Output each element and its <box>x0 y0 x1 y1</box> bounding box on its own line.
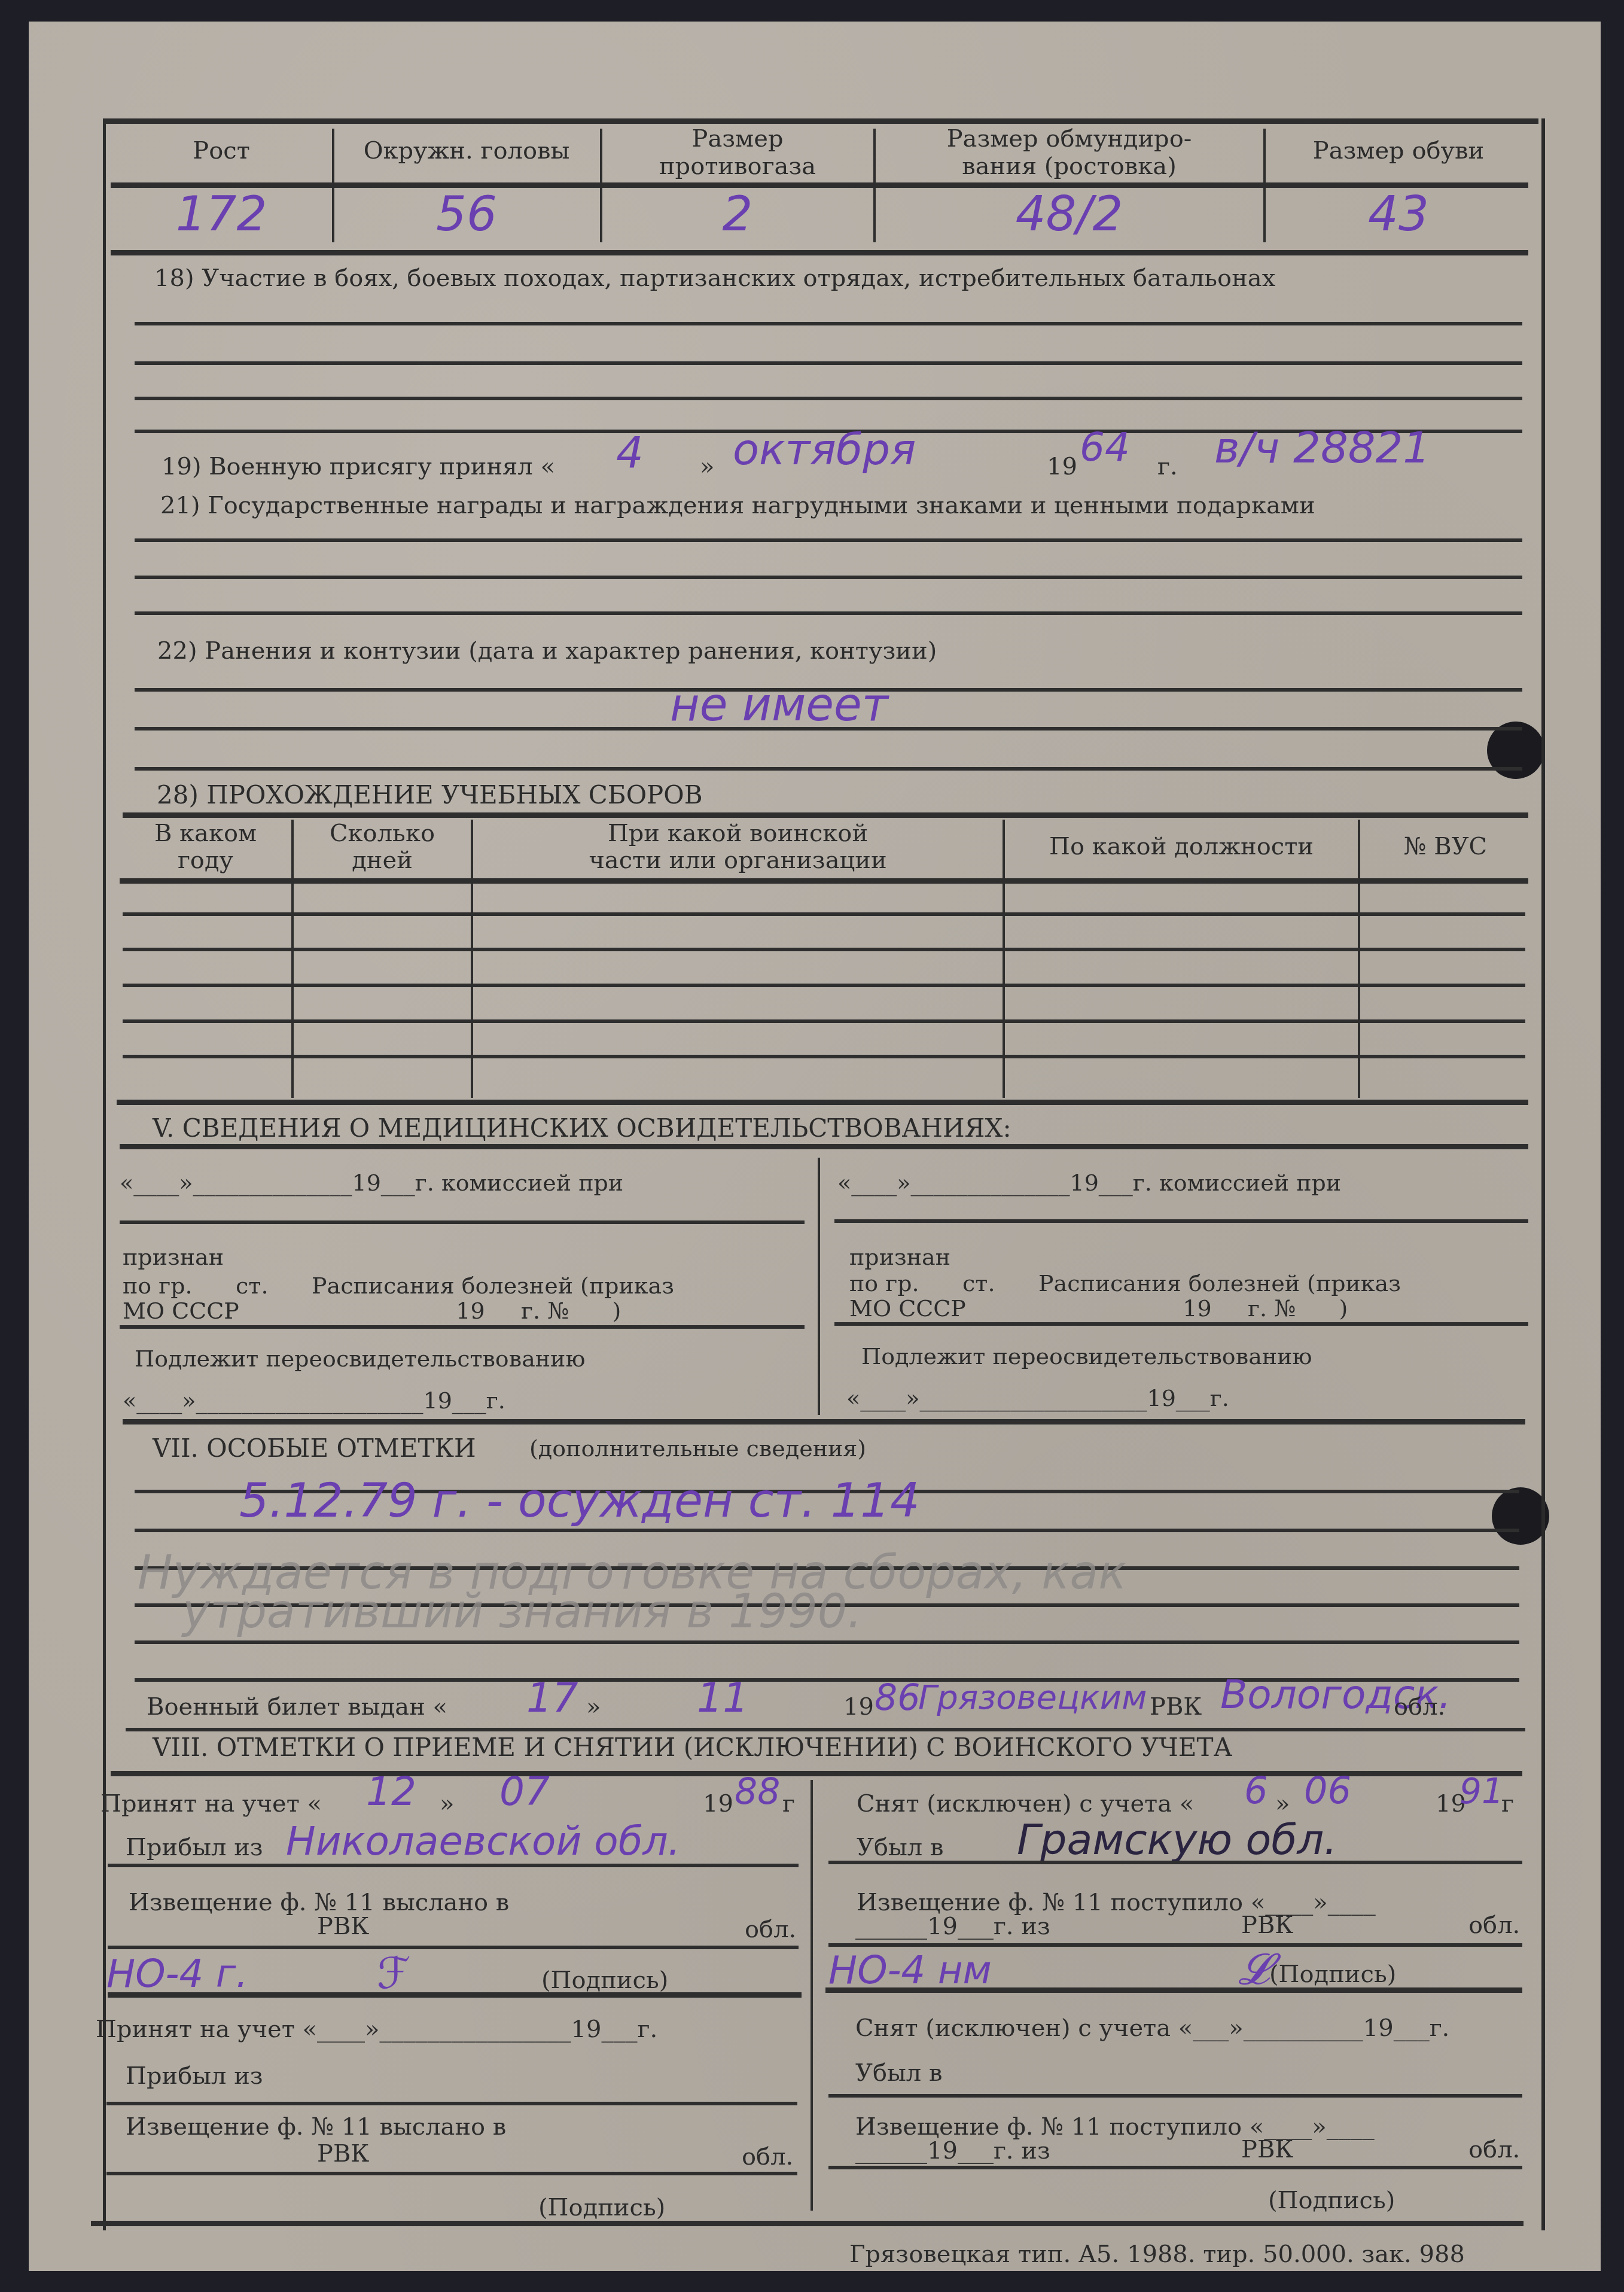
removed-year-suffix-1: 91 <box>1460 1774 1504 1809</box>
left-label-1: Убыл в <box>857 1836 943 1859</box>
accepted-year-unit-1: г <box>782 1792 795 1816</box>
signature-label-1: (Подпись) <box>541 1968 668 1992</box>
col-vus: № ВУС <box>1360 835 1531 859</box>
accepted-label-1: Принят на учет « <box>100 1792 322 1816</box>
med-left-mo: МО СССР 19 г. № ) <box>123 1299 621 1322</box>
removed-quote-close-1: » <box>1275 1792 1290 1816</box>
value-shoe-size: 43 <box>1267 190 1530 238</box>
med-right-recognized: признан <box>849 1246 950 1268</box>
notice-year-r1: ______19___г. из <box>855 1914 1050 1938</box>
military-id-month: 11 <box>697 1678 749 1719</box>
header-height: Рост <box>111 139 332 163</box>
removed-label-1: Снят (исключен) с учета « <box>857 1792 1194 1816</box>
signature-label-r2: (Подпись) <box>1268 2188 1395 2212</box>
header-gas-mask-line1: Размер <box>603 127 872 151</box>
med-right-reexam-date: «____»____________________19___г. <box>846 1387 1229 1410</box>
med-left-date: «____»______________19___г. комиссией пр… <box>120 1171 623 1194</box>
left-label-2: Убыл в <box>855 2061 942 2085</box>
oath-year-unit: г. <box>1157 455 1178 479</box>
header-uniform-line2: вания (ростовка) <box>876 154 1262 178</box>
notice-label-1: Извещение ф. № 11 выслано в <box>129 1891 509 1914</box>
oath-label: 19) Военную присягу принял « <box>162 455 555 479</box>
oath-month: октября <box>733 428 916 471</box>
value-head-size: 56 <box>335 190 598 238</box>
section-vii-sublabel: (дополнительные сведения) <box>529 1437 866 1460</box>
accepted-quote-close-1: » <box>440 1792 454 1816</box>
section-v-label: V. СВЕДЕНИЯ О МЕДИЦИНСКИХ ОСВИДЕТЕЛЬСТВО… <box>153 1116 1011 1141</box>
med-left-reexam: Подлежит переосвидетельствованию <box>135 1347 586 1370</box>
accepted-year-suffix-1: 88 <box>735 1774 780 1810</box>
table-row <box>123 984 1525 987</box>
col-unit-l1: При какой воинской <box>473 821 1003 845</box>
value-height: 172 <box>111 190 332 238</box>
notice-rvk-1: РВК <box>317 1914 369 1938</box>
table-row <box>123 1055 1525 1058</box>
section-28-label: 28) ПРОХОЖДЕНИЕ УЧЕБНЫХ СБОРОВ <box>157 783 703 808</box>
accepted-year-prefix-1: 19 <box>703 1792 733 1816</box>
section-21-label: 21) Государственные награды и награждени… <box>160 494 1315 518</box>
notice-rvk-r1: РВК <box>1241 1913 1293 1937</box>
military-id-day: 17 <box>526 1678 578 1719</box>
med-right-reexam: Подлежит переосвидетельствованию <box>861 1345 1312 1368</box>
signature-r1: 𝓛 <box>1238 1947 1269 1990</box>
military-id-rvk: РВК <box>1150 1695 1202 1719</box>
special-mark-line1: 5.12.79 г. - осужден ст. 114 <box>239 1478 920 1524</box>
mark-1: НО-4 г. <box>106 1955 248 1993</box>
oath-quote-close: » <box>700 455 714 479</box>
special-mark-line3: утративший знания в 1990. <box>182 1588 862 1635</box>
notice-obl-r2: обл. <box>1468 2138 1520 2162</box>
wounds-value: не имеет <box>670 682 888 728</box>
value-gas-mask: 2 <box>603 190 872 238</box>
col-days-l2: дней <box>294 848 471 872</box>
removed-day-1: 6 <box>1244 1772 1267 1809</box>
header-head-size: Окружн. головы <box>335 139 598 163</box>
removed-month-1: 06 <box>1304 1772 1351 1809</box>
col-position: По какой должности <box>1005 835 1358 859</box>
col-days-l1: Сколько <box>294 821 471 845</box>
notice-year-r2: ______19___г. из <box>855 2139 1050 2163</box>
oath-year-prefix: 19 <box>1047 455 1077 479</box>
removed-label-2: Снят (исключен) с учета «___»__________1… <box>855 2016 1449 2040</box>
printer-imprint: Грязовецкая тип. А5. 1988. тир. 50.000. … <box>849 2241 1465 2268</box>
table-row <box>123 948 1525 951</box>
left-value-1: Грамскую обл. <box>1017 1819 1337 1861</box>
oath-day: 4 <box>616 431 644 474</box>
accepted-month-1: 07 <box>499 1772 550 1812</box>
military-id-label: Военный билет выдан « <box>147 1695 447 1719</box>
header-shoe-size: Размер обуви <box>1267 139 1530 163</box>
notice-rvk-2: РВК <box>317 2142 369 2166</box>
med-left-group: по гр. ст. Расписания болезней (приказ <box>123 1274 674 1297</box>
section-18-label: 18) Участие в боях, боевых походах, парт… <box>154 266 1275 290</box>
oath-unit-note: в/ч 28821 <box>1214 426 1430 469</box>
arrived-label-1: Прибыл из <box>126 1836 263 1859</box>
military-id-year-suffix: 86 <box>875 1680 920 1716</box>
med-right-group: по гр. ст. Расписания болезней (приказ <box>849 1272 1401 1295</box>
military-id-obl: обл. <box>1394 1695 1445 1719</box>
notice-label-r2: Извещение ф. № 11 поступило «____»____ <box>855 2115 1375 2139</box>
col-year-l2: году <box>120 848 291 872</box>
col-year-l1: В каком <box>120 821 291 845</box>
oath-year-suffix: 64 <box>1080 428 1130 467</box>
notice-rvk-r2: РВК <box>1241 2138 1293 2162</box>
signature-1: ℱ <box>377 1952 411 1995</box>
med-right-mo: МО СССР 19 г. № ) <box>849 1297 1348 1320</box>
military-id-year-prefix: 19 <box>843 1695 874 1719</box>
col-unit-l2: части или организации <box>473 848 1003 872</box>
section-vii-label: VII. ОСОБЫЕ ОТМЕТКИ <box>153 1436 476 1461</box>
med-left-recognized: признан <box>123 1246 224 1268</box>
military-id-quote-close: » <box>586 1695 601 1719</box>
table-row <box>123 912 1525 916</box>
arrived-label-2: Прибыл из <box>126 2064 263 2088</box>
signature-label-r1: (Подпись) <box>1269 1962 1396 1986</box>
mark-r1: НО-4 нм <box>828 1952 992 1990</box>
notice-label-r1: Извещение ф. № 11 поступило «____»____ <box>857 1891 1376 1914</box>
header-uniform-line1: Размер обмундиро- <box>876 127 1262 151</box>
signature-label-2: (Подпись) <box>538 2196 665 2220</box>
table-row <box>123 1019 1525 1023</box>
military-id-issuer: Грязовецким <box>918 1681 1147 1715</box>
accepted-day-1: 12 <box>366 1772 416 1812</box>
med-left-reexam-date: «____»____________________19___г. <box>123 1389 505 1412</box>
arrived-value-1: Николаевской обл. <box>286 1822 681 1861</box>
section-22-label: 22) Ранения и контузии (дата и характер … <box>157 639 937 663</box>
removed-year-unit-1: г <box>1501 1792 1514 1816</box>
notice-obl-1: обл. <box>745 1917 796 1941</box>
notice-obl-r1: обл. <box>1468 1913 1520 1937</box>
section-viii-label: VIII. ОТМЕТКИ О ПРИЕМЕ И СНЯТИИ (ИСКЛЮЧЕ… <box>153 1735 1232 1760</box>
value-uniform: 48/2 <box>876 190 1262 238</box>
accepted-label-2: Принят на учет «____»________________19_… <box>96 2017 657 2041</box>
med-right-date: «____»______________19___г. комиссией пр… <box>837 1171 1341 1194</box>
notice-obl-2: обл. <box>742 2145 793 2169</box>
header-gas-mask-line2: противогаза <box>603 154 872 178</box>
notice-label-2: Извещение ф. № 11 выслано в <box>126 2115 506 2139</box>
